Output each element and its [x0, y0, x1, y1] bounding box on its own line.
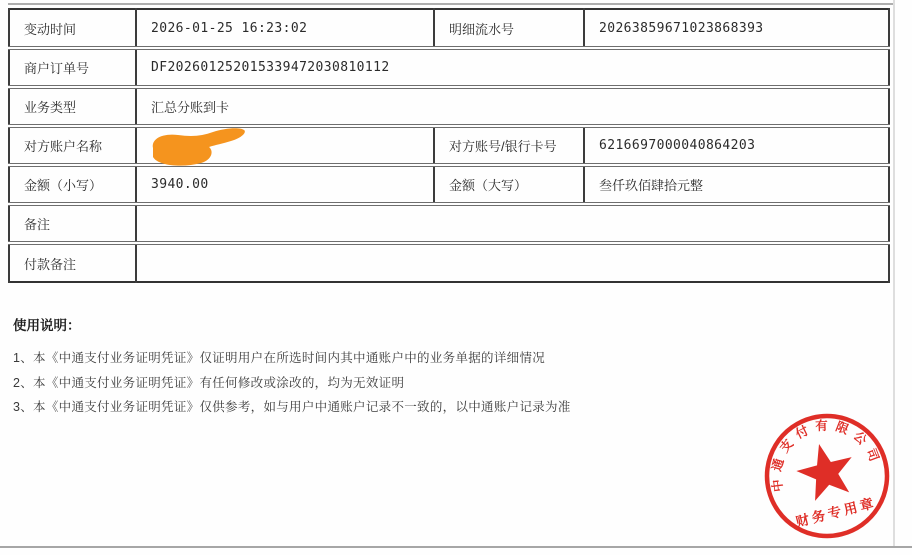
voucher-table: 变动时间 2026-01-25 16:23:02 明细流水号 202638596…	[8, 8, 890, 283]
merchant-order-label: 商户订单号	[9, 48, 136, 87]
counterparty-account-label: 对方账号/银行卡号	[434, 126, 584, 165]
change-time-label: 变动时间	[9, 9, 136, 48]
company-seal: 中通支付有限公司 财务专用章	[756, 409, 902, 550]
counterparty-account-value: 6216697000040864203	[584, 126, 889, 165]
redaction-marker	[143, 126, 255, 174]
merchant-order-value: DF202601252015339472030810112	[136, 48, 889, 87]
remarks-value	[136, 204, 889, 243]
redaction-marker-shape	[153, 128, 245, 165]
change-time-value: 2026-01-25 16:23:02	[136, 9, 434, 48]
amount-numeric-label: 金额（小写）	[9, 165, 136, 204]
payment-remarks-label: 付款备注	[9, 243, 136, 282]
table-row: 商户订单号 DF202601252015339472030810112	[9, 48, 889, 87]
business-type-value: 汇总分账到卡	[136, 87, 889, 126]
table-row: 业务类型 汇总分账到卡	[9, 87, 889, 126]
usage-notes-heading: 使用说明：	[13, 314, 873, 334]
detail-serial-value: 20263859671023868393	[584, 9, 889, 48]
scan-right-edge	[893, 0, 895, 547]
business-type-label: 业务类型	[9, 87, 136, 126]
table-row: 金额（小写） 3940.00 金额（大写） 叁仟玖佰肆拾元整	[9, 165, 889, 204]
seal-star-icon	[791, 437, 859, 503]
payment-remarks-value	[136, 243, 889, 282]
scan-bottom-edge	[0, 546, 912, 548]
usage-note-3: 3、本《中通支付业务证明凭证》仅供参考，如与用户中通账户记录不一致的，以中通账户…	[13, 395, 873, 420]
remarks-label: 备注	[9, 204, 136, 243]
table-row: 备注	[9, 204, 889, 243]
amount-words-value: 叁仟玖佰肆拾元整	[584, 165, 889, 204]
usage-note-2: 2、本《中通支付业务证明凭证》有任何修改或涂改的，均为无效证明	[13, 371, 873, 396]
usage-notes: 使用说明： 1、本《中通支付业务证明凭证》仅证明用户在所选时间内其中通账户中的业…	[13, 314, 873, 420]
table-row: 付款备注	[9, 243, 889, 282]
payment-voucher-document: 变动时间 2026-01-25 16:23:02 明细流水号 202638596…	[0, 0, 912, 555]
company-seal-group: 中通支付有限公司 财务专用章	[756, 409, 900, 549]
counterparty-name-label: 对方账户名称	[9, 126, 136, 165]
scan-top-edge	[8, 3, 895, 5]
table-row: 对方账户名称 对方账号/银行卡号 6216697000040864203	[9, 126, 889, 165]
table-row: 变动时间 2026-01-25 16:23:02 明细流水号 202638596…	[9, 9, 889, 48]
amount-words-label: 金额（大写）	[434, 165, 584, 204]
usage-note-1: 1、本《中通支付业务证明凭证》仅证明用户在所选时间内其中通账户中的业务单据的详细…	[13, 346, 873, 371]
detail-serial-label: 明细流水号	[434, 9, 584, 48]
